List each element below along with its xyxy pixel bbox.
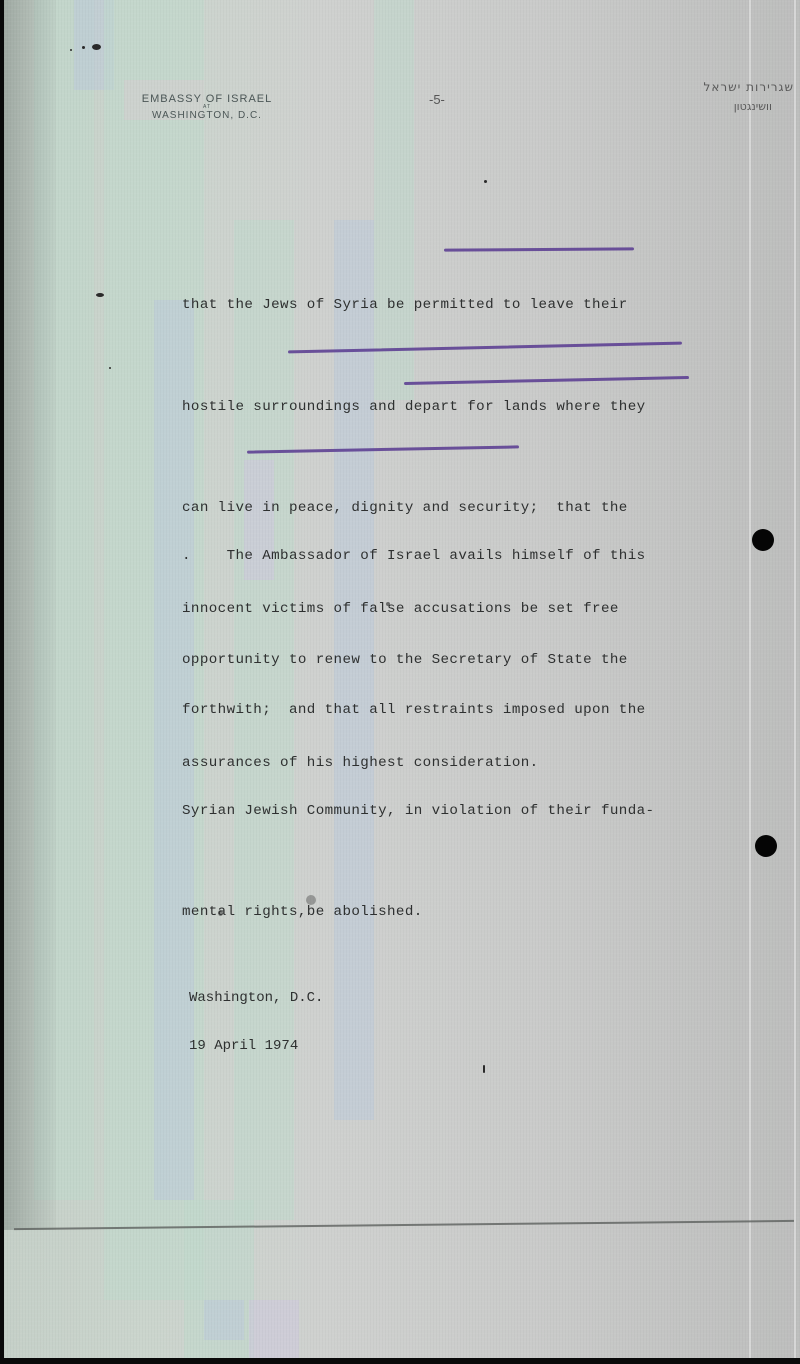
ink-speck — [109, 367, 111, 369]
ink-speck — [70, 49, 72, 51]
text-line: . The Ambassador of Israel avails himsel… — [182, 539, 742, 574]
signoff-date: 19 April 1974 — [189, 1038, 323, 1054]
hebrew-letterhead-city: וושינגטון — [624, 100, 772, 113]
document-page: EMBASSY OF ISRAEL AT WASHINGTON, D.C. -5… — [4, 0, 800, 1358]
text-line: hostile surroundings and depart for land… — [182, 391, 742, 425]
crease-line — [794, 0, 796, 1358]
page-number: -5- — [429, 92, 445, 107]
crease-line — [749, 0, 751, 1358]
text-line: mental rights,be abolished. — [182, 896, 742, 930]
signoff-block: Washington, D.C. 19 April 1974 — [189, 958, 323, 1086]
ink-speck — [483, 1065, 485, 1073]
hebrew-letterhead-name: שגרירות ישראל — [624, 80, 794, 94]
scan-artifact — [204, 1300, 244, 1340]
scan-artifact — [249, 1300, 299, 1358]
signoff-place: Washington, D.C. — [189, 990, 323, 1006]
text-line: opportunity to renew to the Secretary of… — [182, 643, 742, 678]
letterhead-city: WASHINGTON, D.C. — [112, 110, 302, 121]
ink-speck — [82, 46, 85, 49]
text-line: that the Jews of Syria be permitted to l… — [182, 289, 742, 323]
embassy-letterhead: EMBASSY OF ISRAEL AT WASHINGTON, D.C. — [112, 93, 302, 121]
punch-hole — [752, 529, 774, 551]
ink-speck — [92, 44, 101, 50]
closing-paragraph: . The Ambassador of Israel avails himsel… — [182, 470, 742, 850]
punch-hole — [755, 835, 777, 857]
ink-speck — [484, 180, 487, 183]
hebrew-letterhead: שגרירות ישראל וושינגטון — [624, 80, 794, 113]
binding-shadow — [4, 0, 56, 1230]
text-line: assurances of his highest consideration. — [182, 746, 742, 781]
ink-speck — [96, 293, 104, 297]
